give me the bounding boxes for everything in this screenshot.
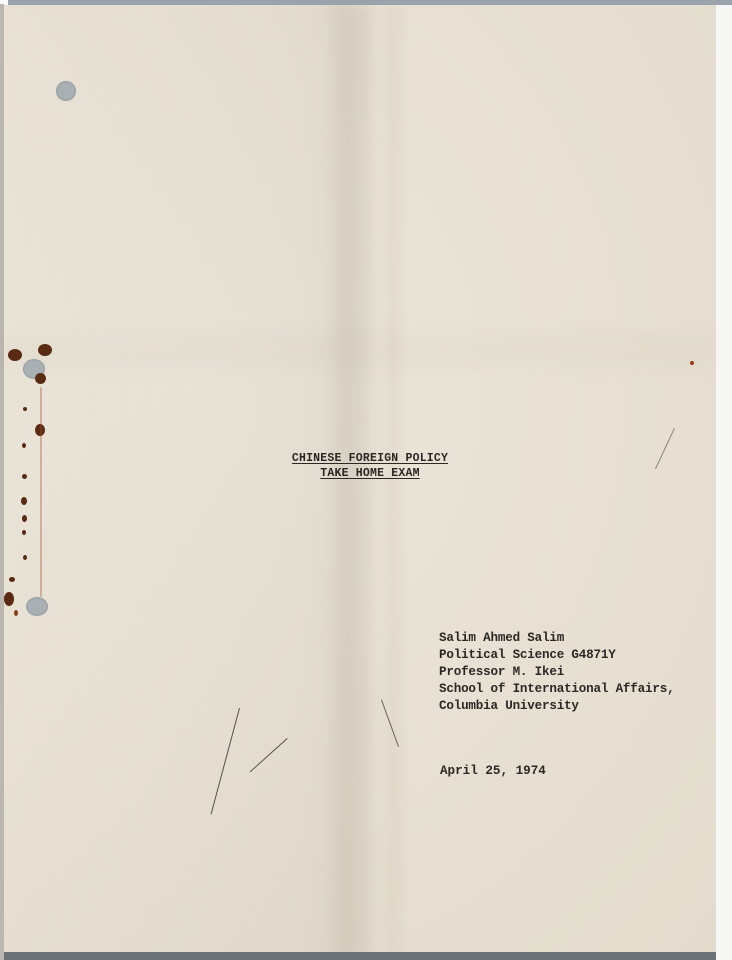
professor-name: Professor M. Ikei: [439, 664, 674, 681]
paper-sheet: [4, 5, 716, 957]
punch-hole-icon: [56, 81, 76, 101]
title-line-2: TAKE HOME EXAM: [260, 466, 480, 481]
author-name: Salim Ahmed Salim: [439, 630, 674, 647]
horizontal-fold-crease: [4, 335, 716, 365]
vertical-fold-crease: [334, 5, 374, 957]
university-name: Columbia University: [439, 698, 674, 715]
author-info-block: Salim Ahmed Salim Political Science G487…: [439, 630, 674, 715]
punch-hole-icon: [26, 597, 48, 616]
school-name: School of International Affairs,: [439, 681, 674, 698]
course-name: Political Science G4871Y: [439, 647, 674, 664]
document-date: April 25, 1974: [440, 763, 546, 780]
vertical-fold-crease-secondary: [384, 5, 402, 957]
title-line-1: CHINESE FOREIGN POLICY: [260, 451, 480, 466]
scanner-bottom-edge: [4, 952, 716, 960]
document-title: CHINESE FOREIGN POLICY TAKE HOME EXAM: [260, 451, 480, 481]
